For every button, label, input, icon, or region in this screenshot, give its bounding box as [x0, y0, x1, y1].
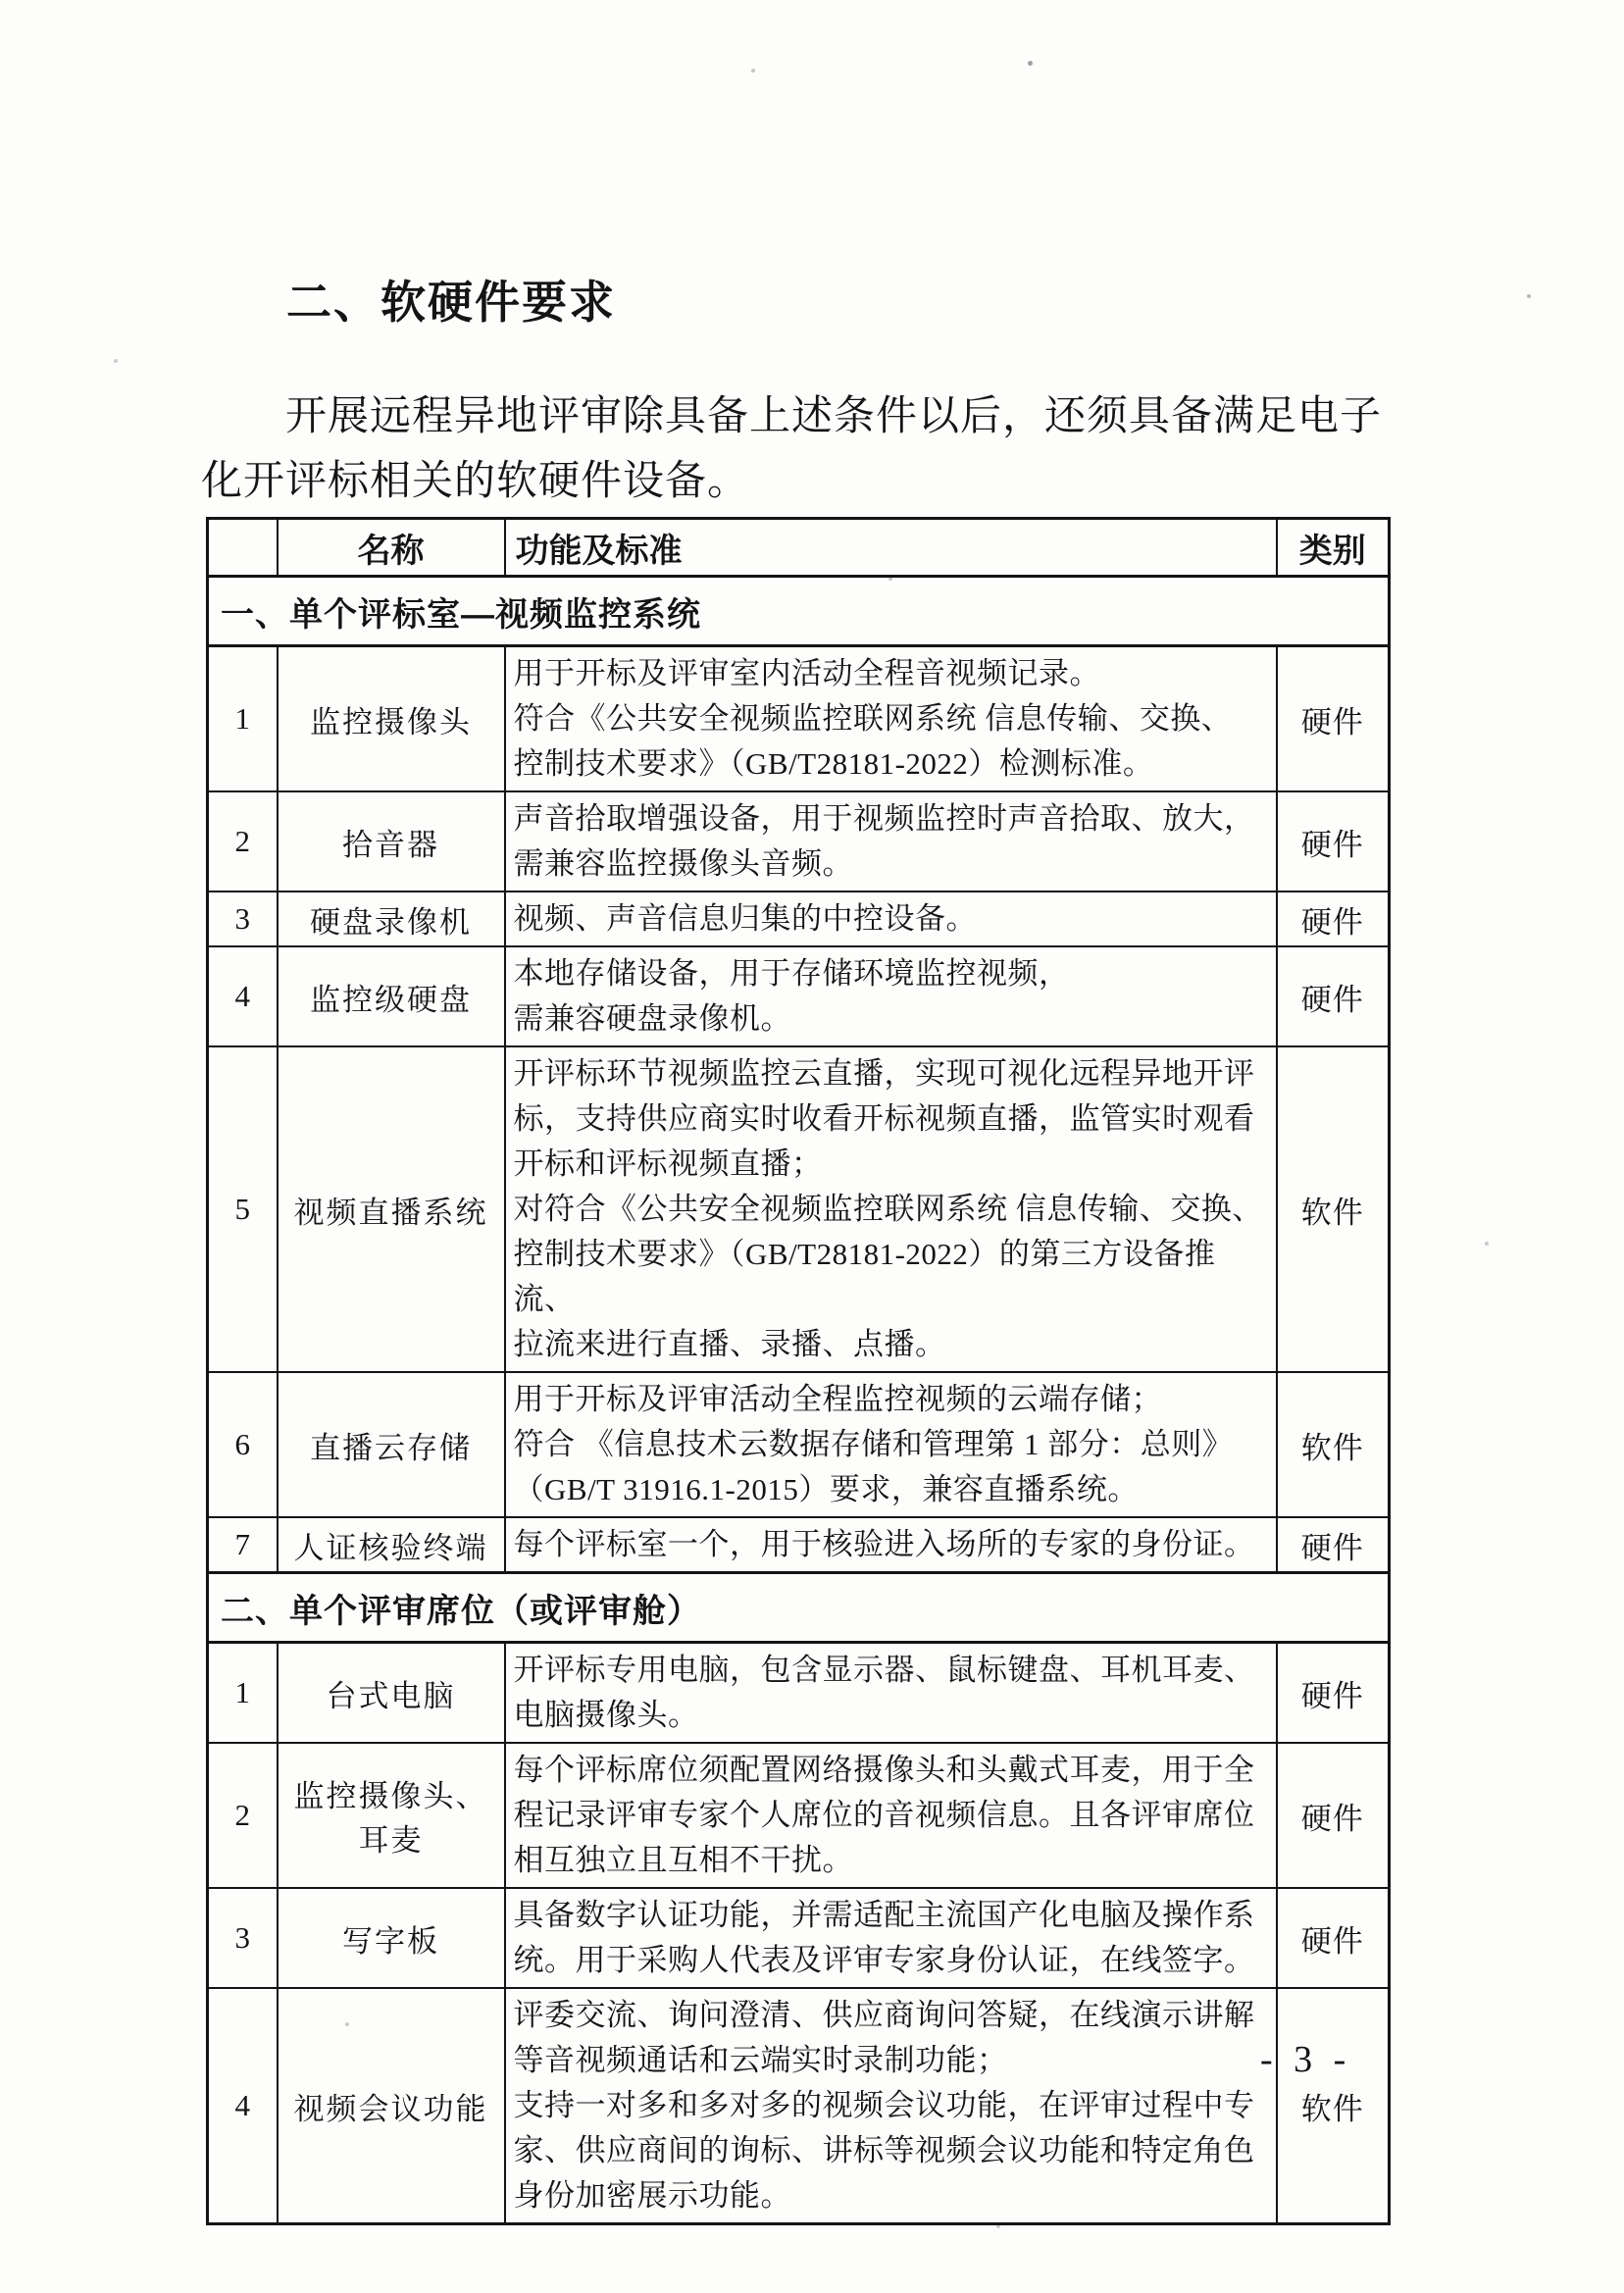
cell-no: 1 — [208, 646, 278, 792]
table-row: 3写字板具备数字认证功能，并需适配主流国产化电脑及操作系 统。用于采购人代表及评… — [208, 1888, 1390, 1988]
cell-category: 硬件 — [1277, 892, 1390, 946]
cell-name: 直播云存储 — [278, 1372, 505, 1517]
cell-name: 拾音器 — [278, 791, 505, 892]
table-row: 4监控级硬盘本地存储设备，用于存储环境监控视频， 需兼容硬盘录像机。硬件 — [208, 946, 1390, 1046]
section-heading: 二、软硬件要求 — [286, 267, 616, 331]
cell-no: 4 — [208, 1988, 278, 2224]
section-title: 二、单个评审席位（或评审舱） — [208, 1573, 1390, 1643]
scan-speck — [751, 69, 755, 73]
scan-speck — [114, 359, 118, 363]
cell-desc: 开评标环节视频监控云直播，实现可视化远程异地开评 标，支持供应商实时收看开标视频… — [505, 1046, 1277, 1372]
cell-category: 硬件 — [1277, 791, 1390, 892]
header-cell-category: 类别 — [1277, 519, 1390, 577]
table-row: 1监控摄像头用于开标及评审室内活动全程音视频记录。 符合《公共安全视频监控联网系… — [208, 646, 1390, 792]
cell-category: 硬件 — [1277, 946, 1390, 1046]
cell-category: 软件 — [1277, 1372, 1390, 1517]
cell-category: 硬件 — [1277, 1888, 1390, 1988]
cell-no: 5 — [208, 1046, 278, 1372]
cell-name: 视频会议功能 — [278, 1988, 505, 2224]
header-cell-function: 功能及标准 — [505, 519, 1277, 577]
cell-no: 7 — [208, 1517, 278, 1573]
cell-name: 台式电脑 — [278, 1643, 505, 1744]
cell-category: 硬件 — [1277, 1517, 1390, 1573]
cell-category: 硬件 — [1277, 1743, 1390, 1888]
table-row: 7人证核验终端每个评标室一个，用于核验进入场所的专家的身份证。硬件 — [208, 1517, 1390, 1573]
cell-desc: 声音拾取增强设备，用于视频监控时声音拾取、放大， 需兼容监控摄像头音频。 — [505, 791, 1277, 892]
cell-no: 4 — [208, 946, 278, 1046]
table-row: 1台式电脑开评标专用电脑，包含显示器、鼠标键盘、耳机耳麦、 电脑摄像头。硬件 — [208, 1643, 1390, 1744]
cell-desc: 评委交流、询问澄清、供应商询问答疑，在线演示讲解 等音视频通话和云端实时录制功能… — [505, 1988, 1277, 2224]
cell-no: 2 — [208, 1743, 278, 1888]
cell-desc: 用于开标及评审活动全程监控视频的云端存储； 符合 《信息技术云数据存储和管理第 … — [505, 1372, 1277, 1517]
scan-speck — [1028, 61, 1033, 66]
cell-category: 软件 — [1277, 1046, 1390, 1372]
table-section-row: 一、单个评标室—视频监控系统 — [208, 577, 1390, 646]
cell-name: 硬盘录像机 — [278, 892, 505, 946]
cell-desc: 视频、声音信息归集的中控设备。 — [505, 892, 1277, 946]
table-row: 3硬盘录像机视频、声音信息归集的中控设备。硬件 — [208, 892, 1390, 946]
scan-speck — [1485, 1242, 1489, 1246]
cell-name: 视频直播系统 — [278, 1046, 505, 1372]
cell-desc: 每个评标席位须配置网络摄像头和头戴式耳麦，用于全 程记录评审专家个人席位的音视频… — [505, 1743, 1277, 1888]
header-cell-name: 名称 — [278, 519, 505, 577]
cell-no: 2 — [208, 791, 278, 892]
table-section-row: 二、单个评审席位（或评审舱） — [208, 1573, 1390, 1643]
page-number: - 3 - — [1260, 2038, 1351, 2081]
cell-name: 监控级硬盘 — [278, 946, 505, 1046]
cell-name: 人证核验终端 — [278, 1517, 505, 1573]
cell-no: 3 — [208, 892, 278, 946]
table-row: 5视频直播系统开评标环节视频监控云直播，实现可视化远程异地开评 标，支持供应商实… — [208, 1046, 1390, 1372]
cell-desc: 每个评标室一个，用于核验进入场所的专家的身份证。 — [505, 1517, 1277, 1573]
document-page: 二、软硬件要求 开展远程异地评审除具备上述条件以后，还须具备满足电子 化开评标相… — [0, 0, 1624, 2293]
scan-speck — [1527, 294, 1531, 298]
cell-desc: 用于开标及评审室内活动全程音视频记录。 符合《公共安全视频监控联网系统 信息传输… — [505, 646, 1277, 792]
cell-name: 写字板 — [278, 1888, 505, 1988]
intro-paragraph: 开展远程异地评审除具备上述条件以后，还须具备满足电子 化开评标相关的软硬件设备。 — [201, 384, 1407, 514]
cell-category: 硬件 — [1277, 646, 1390, 792]
table-header-row: 名称 功能及标准 类别 — [208, 519, 1390, 577]
requirements-table: 名称 功能及标准 类别 一、单个评标室—视频监控系统1监控摄像头用于开标及评审室… — [206, 517, 1391, 2225]
cell-category: 软件 — [1277, 1988, 1390, 2224]
table-row: 2监控摄像头、 耳麦每个评标席位须配置网络摄像头和头戴式耳麦，用于全 程记录评审… — [208, 1743, 1390, 1888]
header-cell-no — [208, 519, 278, 577]
cell-no: 6 — [208, 1372, 278, 1517]
table-row: 2拾音器声音拾取增强设备，用于视频监控时声音拾取、放大， 需兼容监控摄像头音频。… — [208, 791, 1390, 892]
cell-no: 1 — [208, 1643, 278, 1744]
cell-name: 监控摄像头、 耳麦 — [278, 1743, 505, 1888]
cell-category: 硬件 — [1277, 1643, 1390, 1744]
requirements-table-body: 一、单个评标室—视频监控系统1监控摄像头用于开标及评审室内活动全程音视频记录。 … — [208, 577, 1390, 2224]
intro-line-2: 化开评标相关的软硬件设备。 — [201, 459, 749, 504]
cell-desc: 开评标专用电脑，包含显示器、鼠标键盘、耳机耳麦、 电脑摄像头。 — [505, 1643, 1277, 1744]
cell-name: 监控摄像头 — [278, 646, 505, 792]
table-row: 6直播云存储用于开标及评审活动全程监控视频的云端存储； 符合 《信息技术云数据存… — [208, 1372, 1390, 1517]
cell-no: 3 — [208, 1888, 278, 1988]
table-row: 4视频会议功能评委交流、询问澄清、供应商询问答疑，在线演示讲解 等音视频通话和云… — [208, 1988, 1390, 2224]
cell-desc: 具备数字认证功能，并需适配主流国产化电脑及操作系 统。用于采购人代表及评审专家身… — [505, 1888, 1277, 1988]
cell-desc: 本地存储设备，用于存储环境监控视频， 需兼容硬盘录像机。 — [505, 946, 1277, 1046]
intro-line-1: 开展远程异地评审除具备上述条件以后，还须具备满足电子 — [201, 394, 1382, 439]
section-title: 一、单个评标室—视频监控系统 — [208, 577, 1390, 646]
